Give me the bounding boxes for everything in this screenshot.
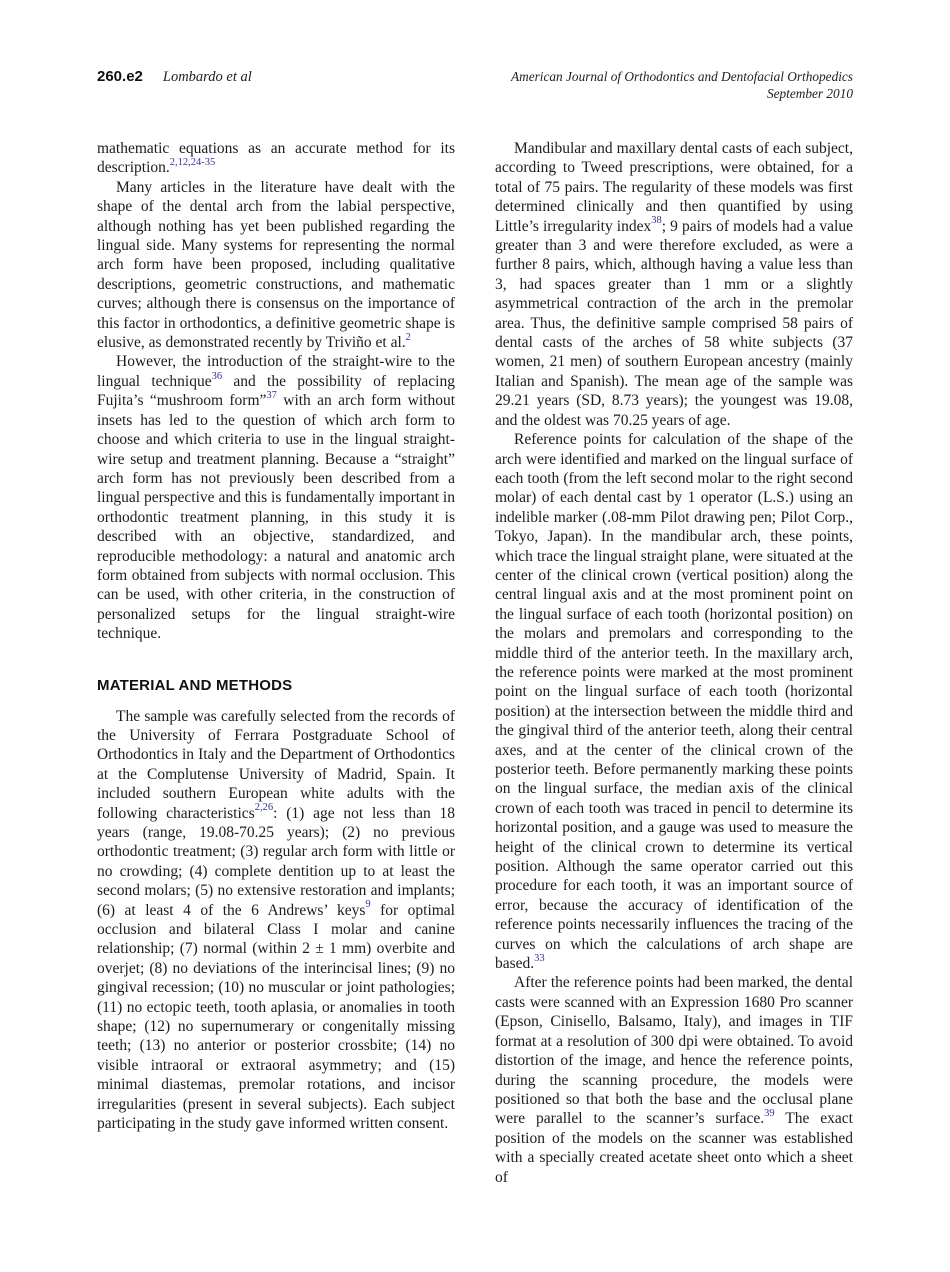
citation-reference-link[interactable]: 2,12,24-35	[170, 157, 216, 168]
header-left: 260.e2 Lombardo et al	[97, 68, 252, 86]
citation-reference-link[interactable]: 2,26	[255, 802, 273, 813]
right-column: Mandibular and maxillary dental casts of…	[495, 139, 853, 1187]
citation-reference-link[interactable]: 33	[534, 953, 545, 964]
section-heading-material-and-methods: MATERIAL AND METHODS	[97, 677, 455, 694]
paragraph: The sample was carefully selected from t…	[97, 707, 455, 1134]
paragraph: However, the introduction of the straigh…	[97, 352, 455, 643]
journal-title: American Journal of Orthodontics and Den…	[511, 68, 853, 85]
issue-date: September 2010	[511, 85, 853, 102]
paragraph: Reference points for calculation of the …	[495, 430, 853, 973]
page-header: 260.e2 Lombardo et al American Journal o…	[97, 68, 853, 102]
page-number: 260.e2	[97, 68, 143, 85]
citation-reference-link[interactable]: 9	[365, 899, 370, 910]
citation-reference-link[interactable]: 39	[764, 1108, 775, 1119]
running-authors: Lombardo et al	[163, 69, 252, 86]
left-column: mathematic equations as an accurate meth…	[97, 139, 455, 1187]
citation-reference-link[interactable]: 36	[212, 371, 223, 382]
paragraph: Many articles in the literature have dea…	[97, 178, 455, 353]
citation-reference-link[interactable]: 38	[651, 215, 662, 226]
paragraph: After the reference points had been mark…	[495, 973, 853, 1186]
header-right: American Journal of Orthodontics and Den…	[511, 68, 853, 102]
paragraph-continuation: mathematic equations as an accurate meth…	[97, 139, 455, 178]
citation-reference-link[interactable]: 37	[266, 390, 277, 401]
citation-reference-link[interactable]: 2	[406, 332, 411, 343]
two-column-body: mathematic equations as an accurate meth…	[97, 139, 853, 1187]
journal-page: 260.e2 Lombardo et al American Journal o…	[0, 0, 950, 1272]
paragraph: Mandibular and maxillary dental casts of…	[495, 139, 853, 430]
